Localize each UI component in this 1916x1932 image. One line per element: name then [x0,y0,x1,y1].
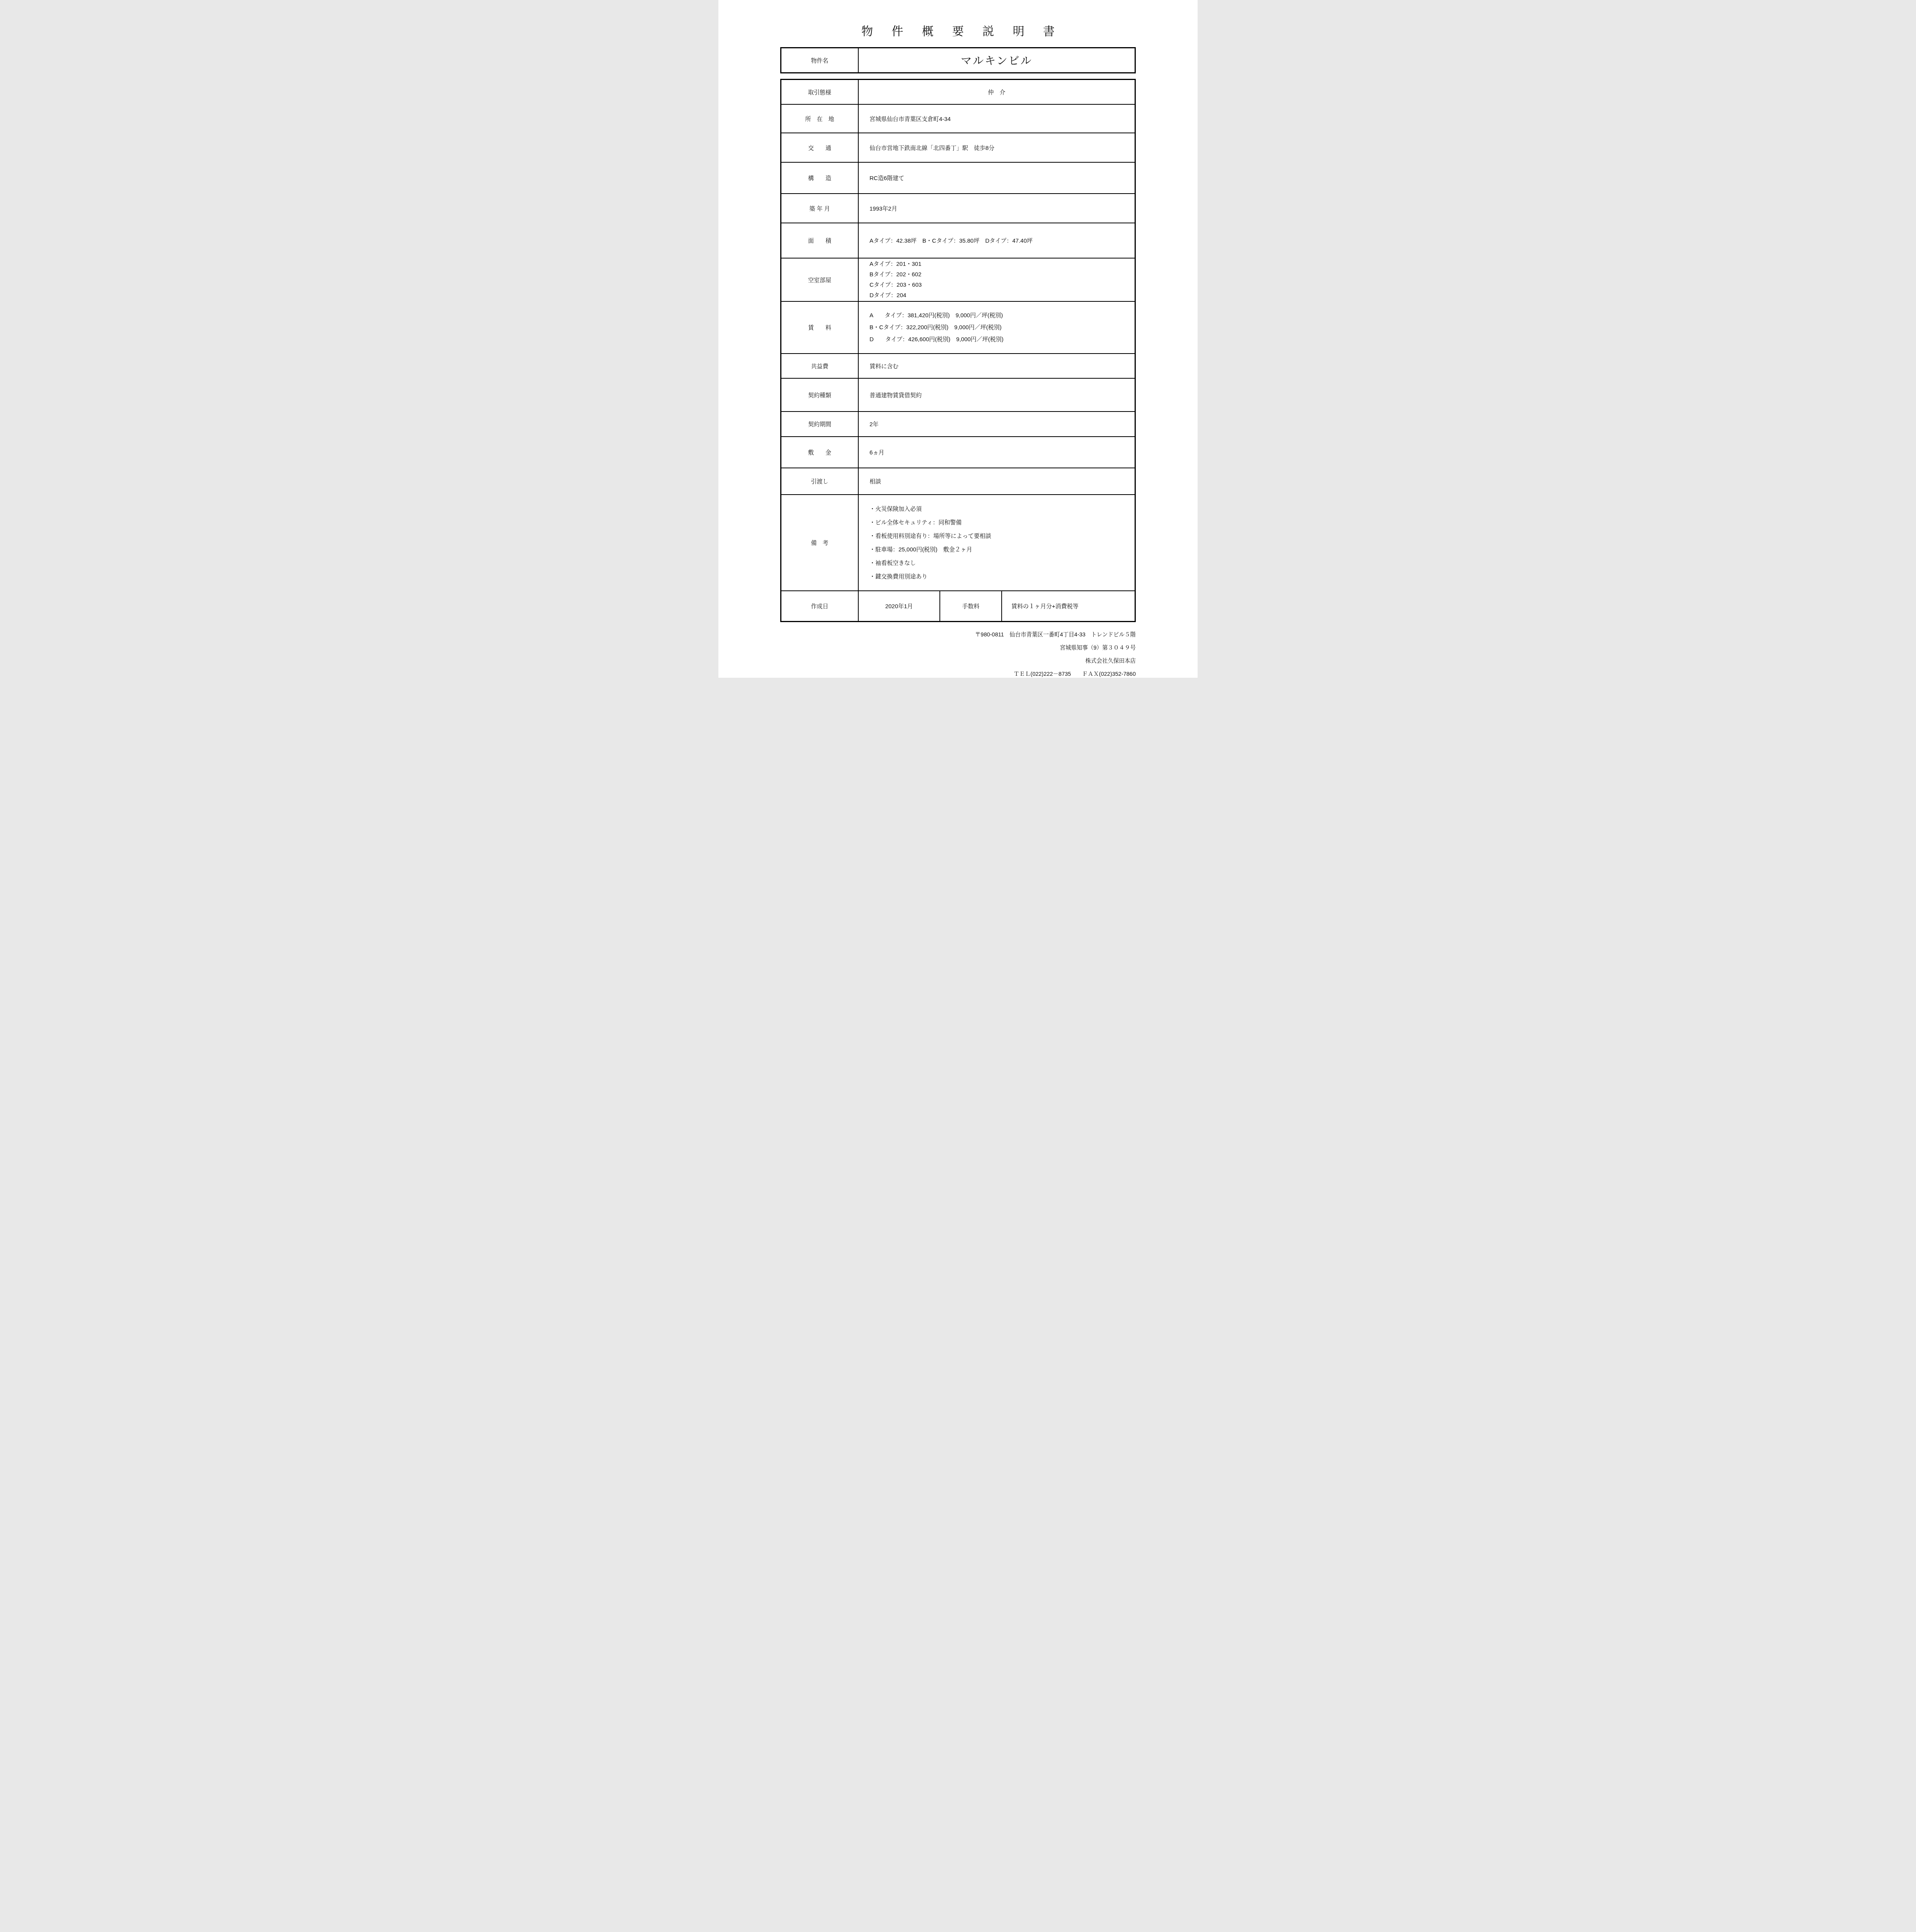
note-line: ・火災保険加入必須 [870,502,922,516]
label-location: 所 在 地 [781,105,859,133]
value-handover: 相談 [859,468,1135,494]
value-contract-type: 普通建物賃貸借契約 [859,379,1135,411]
label-deposit: 敷 金 [781,437,859,468]
note-line: ・鍵交換費用別途あり [870,570,927,583]
label-vacant-rooms: 空室部屋 [781,259,859,301]
agency-license-number: 宮城県知事（9）第３０４９号 [780,641,1136,655]
property-name-table: 物件名 マルキンビル [780,47,1136,73]
row-structure: 構 造 RC造6階建て [781,162,1135,193]
label-built-date: 築 年 月 [781,194,859,223]
label-notes: 備 考 [781,495,859,590]
rent-line: D タイプ：426,600円(税別) 9,000円／坪(税別) [870,333,1004,345]
vacant-room-line: Aタイプ：201・301 [870,259,921,269]
row-transaction-type: 取引態様 仲 介 [781,80,1135,104]
row-contract-type: 契約種類 普通建物賃貸借契約 [781,378,1135,411]
row-access: 交 通 仙台市営地下鉄南北線「北四番丁」駅 徒歩8分 [781,133,1135,162]
row-created-date: 作成日 2020年1月 手数料 賃料の１ヶ月分+消費税等 [781,590,1135,621]
note-line: ・駐車場：25,000円(税別) 敷金２ヶ月 [870,543,972,556]
row-vacant-rooms: 空室部屋 Aタイプ：201・301 Bタイプ：202・602 Cタイプ：203・… [781,258,1135,301]
value-rent: A タイプ：381,420円(税別) 9,000円／坪(税別) B・Cタイプ：3… [859,302,1135,353]
label-commission: 手数料 [940,591,1002,621]
vacant-room-line: Dタイプ：204 [870,290,906,301]
label-floor-area: 面 積 [781,223,859,258]
row-location: 所 在 地 宮城県仙台市青葉区支倉町4-34 [781,104,1135,133]
row-contract-period: 契約期間 2年 [781,411,1135,436]
value-structure: RC造6階建て [859,163,1135,193]
row-handover: 引渡し 相談 [781,468,1135,494]
value-notes: ・火災保険加入必須 ・ビル全体セキュリティ：同和警備 ・看板使用料別途有り：場所… [859,495,1135,590]
label-contract-period: 契約期間 [781,412,859,436]
row-deposit: 敷 金 6ヵ月 [781,436,1135,468]
value-commission: 賃料の１ヶ月分+消費税等 [1002,591,1135,621]
row-notes: 備 考 ・火災保険加入必須 ・ビル全体セキュリティ：同和警備 ・看板使用料別途有… [781,494,1135,590]
row-floor-area: 面 積 Aタイプ：42.38坪 B・Cタイプ：35.80坪 Dタイプ：47.40… [781,223,1135,258]
note-line: ・袖看板空きなし [870,556,916,570]
label-rent: 賃 料 [781,302,859,353]
property-name-label: 物件名 [781,48,859,72]
value-common-fee: 賃料に含む [859,354,1135,378]
agency-company-name: 株式会社久保田本店 [780,655,1136,668]
label-transaction-type: 取引態様 [781,80,859,104]
value-access: 仙台市営地下鉄南北線「北四番丁」駅 徒歩8分 [859,133,1135,162]
value-location: 宮城県仙台市青葉区支倉町4-34 [859,105,1135,133]
value-floor-area: Aタイプ：42.38坪 B・Cタイプ：35.80坪 Dタイプ：47.40坪 [859,223,1135,258]
rent-line: B・Cタイプ：322,200円(税別) 9,000円／坪(税別) [870,321,1002,333]
note-line: ・ビル全体セキュリティ：同和警備 [870,516,962,529]
value-deposit: 6ヵ月 [859,437,1135,468]
value-built-date: 1993年2月 [859,194,1135,223]
document-page: 物 件 概 要 説 明 書 物件名 マルキンビル 取引態様 仲 介 所 在 地 … [718,0,1198,678]
vacant-room-line: Cタイプ：203・603 [870,280,922,290]
row-common-fee: 共益費 賃料に含む [781,353,1135,378]
note-line: ・看板使用料別途有り：場所等によって要相談 [870,529,991,543]
label-access: 交 通 [781,133,859,162]
label-common-fee: 共益費 [781,354,859,378]
row-built-date: 築 年 月 1993年2月 [781,193,1135,223]
document-title: 物 件 概 要 説 明 書 [788,22,1136,41]
value-contract-period: 2年 [859,412,1135,436]
property-details-table: 取引態様 仲 介 所 在 地 宮城県仙台市青葉区支倉町4-34 交 通 仙台市営… [780,79,1136,622]
label-contract-type: 契約種類 [781,379,859,411]
label-created-date: 作成日 [781,591,859,621]
agency-address: 〒980-0811 仙台市青葉区一番町4丁目4-33 トレンドビル５階 [780,628,1136,641]
value-transaction-type: 仲 介 [859,80,1135,104]
label-handover: 引渡し [781,468,859,494]
rent-line: A タイプ：381,420円(税別) 9,000円／坪(税別) [870,310,1003,321]
agency-footer: 〒980-0811 仙台市青葉区一番町4丁目4-33 トレンドビル５階 宮城県知… [780,628,1136,678]
property-name-value: マルキンビル [859,48,1135,72]
value-created-date: 2020年1月 [859,591,940,621]
vacant-room-line: Bタイプ：202・602 [870,269,921,280]
value-vacant-rooms: Aタイプ：201・301 Bタイプ：202・602 Cタイプ：203・603 D… [859,259,1135,301]
row-rent: 賃 料 A タイプ：381,420円(税別) 9,000円／坪(税別) B・Cタ… [781,301,1135,353]
label-structure: 構 造 [781,163,859,193]
agency-tel-fax: ＴＥＬ(022)222－8735 ＦＡＸ(022)352-7860 [780,668,1136,678]
